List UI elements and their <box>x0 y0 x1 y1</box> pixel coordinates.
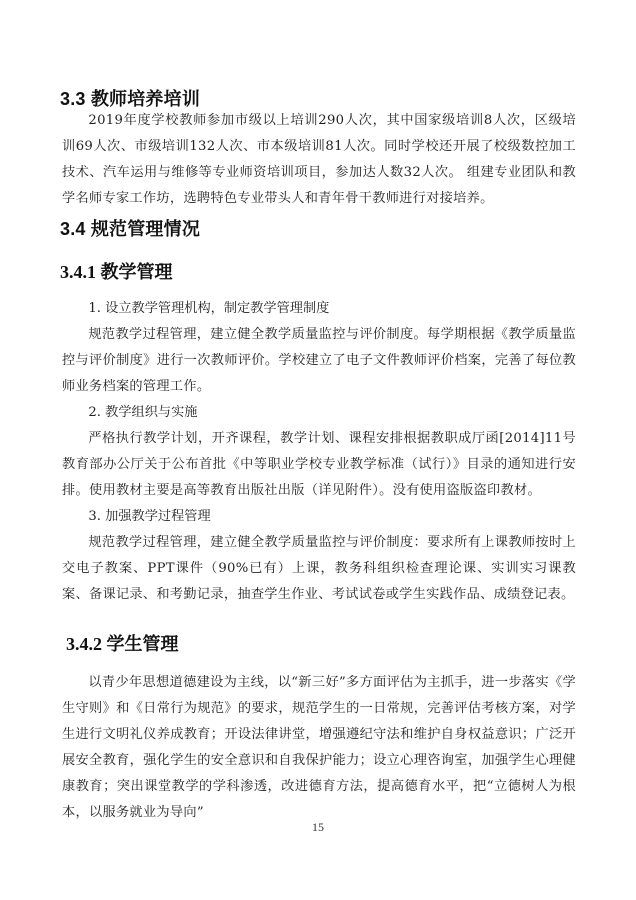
document-page: 3.3 教师培养培训 2019年度学校教师参加市级以上培训290人次，其中国家级… <box>0 0 636 900</box>
item-2-body: 严格执行教学计划，开齐课程，教学计划、课程安排根据教职成厅函[2014]11号教… <box>62 426 576 504</box>
item-1-body: 规范教学过程管理，建立健全教学质量监控与评价制度。每学期根据《教学质量监控与评价… <box>62 322 576 400</box>
section-3-4-2-paragraph: 以青少年思想道德建设为主线，以“新三好”多方面评估为主抓手，进一步落实《学生守则… <box>62 670 576 826</box>
section-heading-3-4: 3.4 规范管理情况 <box>60 215 200 241</box>
item-2-title: 2. 教学组织与实施 <box>62 400 576 426</box>
page-number: 15 <box>0 820 636 835</box>
item-1-title: 1. 设立教学管理机构，制定教学管理制度 <box>62 296 576 322</box>
item-3-body: 规范教学过程管理，建立健全教学质量监控与评价制度：要求所有上课教师按时上交电子教… <box>62 530 576 608</box>
section-heading-3-4-2: 3.4.2 学生管理 <box>66 630 179 656</box>
section-heading-3-4-1: 3.4.1 教学管理 <box>60 258 173 284</box>
item-3-title: 3. 加强教学过程管理 <box>62 504 576 530</box>
section-3-3-paragraph: 2019年度学校教师参加市级以上培训290人次，其中国家级培训8人次，区级培训6… <box>62 108 576 212</box>
